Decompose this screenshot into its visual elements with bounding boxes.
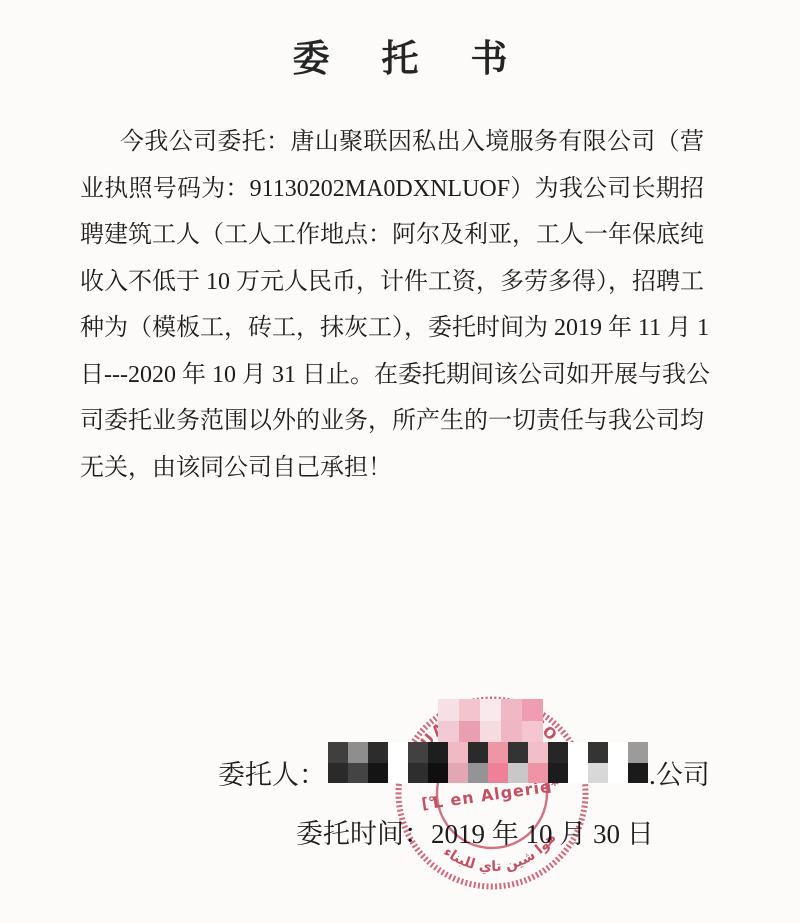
redaction-pixel [501, 721, 522, 743]
redaction-pixel [501, 699, 522, 721]
redaction-pixel [588, 763, 608, 784]
redaction-pixel [459, 699, 480, 721]
redaction-pixel [480, 721, 501, 743]
redaction-pixel [522, 699, 543, 721]
redaction-pixel [568, 742, 588, 763]
redaction-pixel [628, 742, 648, 763]
redaction-pixel [522, 721, 543, 743]
redaction-pixel [428, 742, 448, 763]
redaction-pixel [448, 742, 468, 763]
redaction-pixel [528, 763, 548, 784]
redaction-pixel [608, 763, 628, 784]
redaction-pixel [348, 763, 368, 784]
redaction-pixel [408, 763, 428, 784]
redaction-pixel [408, 742, 428, 763]
redaction-pixel [588, 742, 608, 763]
redaction-pixel [368, 742, 388, 763]
redaction-pixel [438, 699, 459, 721]
redaction-pixel [548, 742, 568, 763]
redaction-pixel [368, 763, 388, 784]
redacted-company-name [328, 742, 648, 783]
redaction-pixel [328, 742, 348, 763]
redaction-pixel [488, 763, 508, 784]
redaction-pixel [438, 721, 459, 743]
redaction-pixel [388, 763, 408, 784]
redaction-pixel [608, 742, 628, 763]
redaction-pixel [628, 763, 648, 784]
redaction-pixel [348, 742, 368, 763]
redaction-pixel [480, 699, 501, 721]
redaction-pixel [468, 742, 488, 763]
redaction-pixel [548, 763, 568, 784]
redaction-pixel [508, 742, 528, 763]
redaction-pixel [448, 763, 468, 784]
redaction-cluster [438, 699, 543, 742]
redaction-pixel [459, 721, 480, 743]
redaction-pixel [568, 763, 588, 784]
entruster-label: 委托人： [218, 753, 326, 792]
redaction-pixel [508, 763, 528, 784]
entruster-suffix: .公司 [649, 753, 710, 792]
authorization-letter-page: 委托书 今我公司委托：唐山聚联因私出入境服务有限公司（营 业执照号码为：9113… [0, 0, 800, 923]
redaction-pixel [528, 742, 548, 763]
redaction-pixel [468, 763, 488, 784]
redaction-pixel [328, 763, 348, 784]
redaction-pixel [388, 742, 408, 763]
redaction-pixel [428, 763, 448, 784]
redaction-pixel [488, 742, 508, 763]
